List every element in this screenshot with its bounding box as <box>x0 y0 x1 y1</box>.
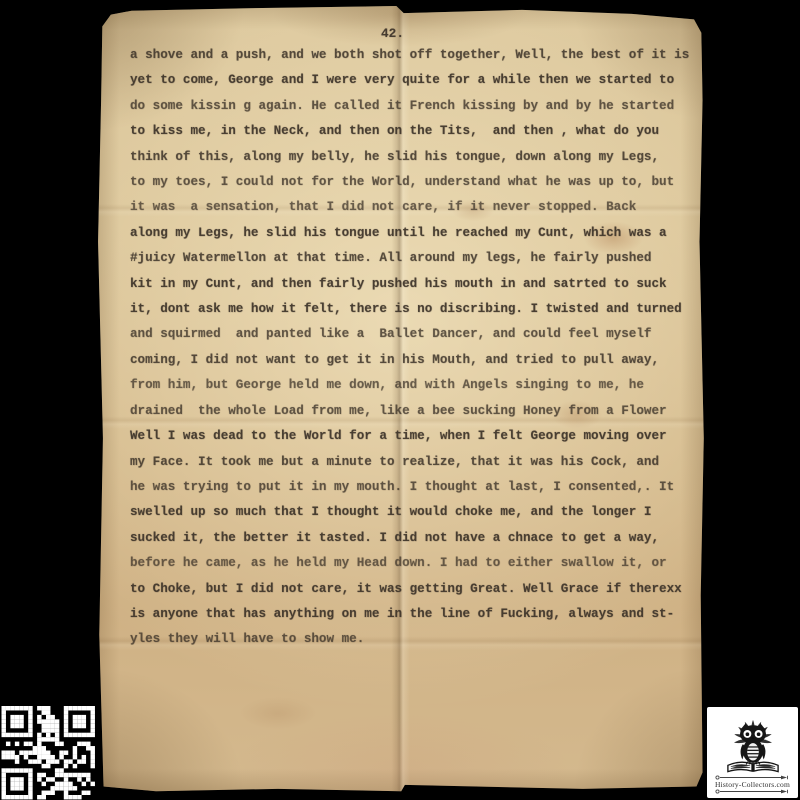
owl-icon <box>722 718 784 774</box>
brand-label: History-Collectors.com <box>715 780 790 789</box>
typed-line: think of this, along my belly, he slid h… <box>130 145 696 170</box>
typed-text-block: a shove and a push, and we both shot off… <box>130 43 696 653</box>
typed-line: before he came, as he held my Head down.… <box>130 551 696 576</box>
divider-ornament <box>715 789 791 794</box>
typed-line: sucked it, the better it tasted. I did n… <box>130 526 696 551</box>
typed-line: from him, but George held me down, and w… <box>130 373 696 398</box>
typed-line: is anyone that has anything on me in the… <box>130 602 696 627</box>
typed-line: #juicy Watermellon at that time. All aro… <box>130 246 696 271</box>
document-paper: 42. a shove and a push, and we both shot… <box>95 6 705 792</box>
photo-backdrop: 42. a shove and a push, and we both shot… <box>0 0 800 800</box>
typed-line: yet to come, George and I were very quit… <box>130 68 696 93</box>
typed-line: to Choke, but I did not care, it was get… <box>130 577 696 602</box>
typed-line: kit in my Cunt, and then fairly pushed h… <box>130 272 696 297</box>
typed-line: do some kissin g again. He called it Fre… <box>130 94 696 119</box>
page-number: 42. <box>381 27 404 41</box>
typed-line: swelled up so much that I thought it wou… <box>130 500 696 525</box>
typed-line: drained the whole Load from me, like a b… <box>130 399 696 424</box>
qr-code <box>1 705 95 800</box>
typed-line: my Face. It took me but a minute to real… <box>130 450 696 475</box>
typed-line: coming, I did not want to get it in his … <box>130 348 696 373</box>
seller-badge: History-Collectors.com <box>707 707 798 798</box>
typed-line: and squirmed and panted like a Ballet Da… <box>130 322 696 347</box>
typed-line: yles they will have to show me. <box>130 627 696 652</box>
typed-line: along my Legs, he slid his tongue until … <box>130 221 696 246</box>
typed-line: it, dont ask me how it felt, there is no… <box>130 297 696 322</box>
typed-line: Well I was dead to the World for a time,… <box>130 424 696 449</box>
typed-line: to kiss me, in the Neck, and then on the… <box>130 119 696 144</box>
typed-line: he was trying to put it in my mouth. I t… <box>130 475 696 500</box>
typed-line: to my toes, I could not for the World, u… <box>130 170 696 195</box>
typed-line: a shove and a push, and we both shot off… <box>130 43 696 68</box>
typed-line: it was a sensation, that I did not care,… <box>130 195 696 220</box>
